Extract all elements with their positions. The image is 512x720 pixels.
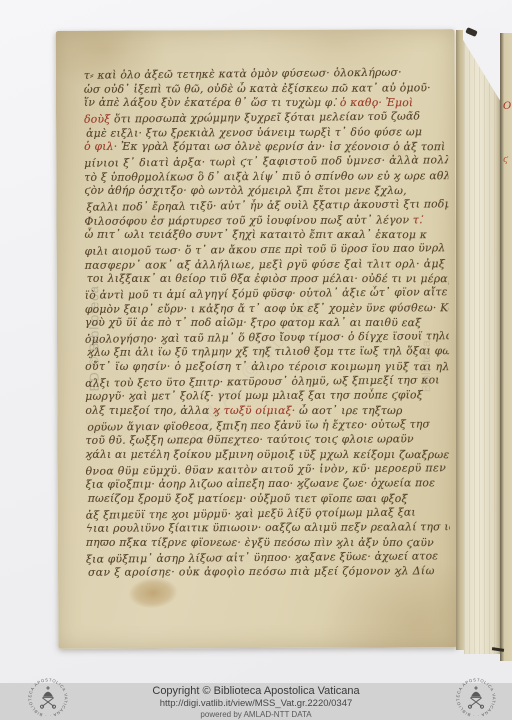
brown-ink-segment: Ἐκ γρὰλ ξόμται ωσ ὀλνὲ φερνίσ ἀν· ἰσ χέο… bbox=[121, 140, 445, 153]
manuscript-line: ολξ τιμεξοί τηο, ἀλλα ϗ τωξϋ οίμιαξ· ὦ α… bbox=[85, 404, 449, 419]
manuscript-line: ἀμὲ ειξλι· ξτω ξρεκιὰλ χενοσ ὑάνειμ τωρξ… bbox=[86, 125, 448, 141]
parchment-stain bbox=[127, 576, 179, 611]
copyright-text: Copyright © Biblioteca Apostolica Vatica… bbox=[152, 685, 359, 697]
manuscript-line: ορϋων ἅγιαν φϊοθεοα, ξπιξη πεο ξἀνϋ ϊω ἡ… bbox=[87, 417, 449, 435]
vatican-library-stamp-icon: · BIBLIOTECA APOSTOLICA VATICANA · bbox=[28, 678, 68, 718]
facing-page-sliver: Ο ϛ bbox=[500, 33, 512, 661]
svg-text:· BIBLIOTECA APOSTOLICA VATICA: · BIBLIOTECA APOSTOLICA VATICANA · bbox=[456, 678, 496, 718]
red-ink-segment: ϗ τωξϋ οίμιαξ· bbox=[213, 404, 295, 417]
brown-ink-segment: ορϋων ἅγιαν φϊοθεοα, ξπιξη πεο ξἀνϋ ϊω ἡ… bbox=[87, 417, 430, 433]
powered-by-text: powered by AMLAD-NTT DATA bbox=[200, 710, 311, 719]
red-ink-segment: ὁ καθϙ· Ἐμοὶ bbox=[340, 96, 414, 109]
manuscript-line: μωργῦ· ϗαὶ μετ᾽ ξολίξ· γτοί μωμ μλιαξ ξα… bbox=[85, 389, 449, 405]
brown-ink-segment: μωργῦ· ϗαὶ μετ᾽ ξολίξ· γτοί μωμ μλιαξ ξα… bbox=[85, 389, 423, 403]
source-url: http://digi.vatlib.it/view/MSS_Vat.gr.22… bbox=[160, 698, 353, 709]
manuscript-line: ϗάλι αι μετέλη ξοίκου μξμινη οϋμοιξ ιϋξ … bbox=[86, 448, 450, 463]
brown-ink-segment: ξια φϋξπιμ᾽ ἀσηρ λίξωσ αἰτ᾽ ϋηποο· ϗαξαν… bbox=[86, 549, 438, 565]
manuscript-line: ϗλω ξπι ἀλι ϊω ξῦ τηλμην χξ τηξ τιλιοθ ξ… bbox=[87, 345, 449, 361]
brown-ink-segment: ὡσ οὐδ᾽ ἰξεπὶ τῶ θῶ, οὐδὲ ὦ κατὰ ἐξίσκεω… bbox=[84, 81, 431, 96]
brown-ink-segment: φιλι αιομοῦ τωσ· ὅ τ᾽ αν ἄκου σπε πρὶ το… bbox=[85, 241, 446, 257]
vatican-library-stamp-icon: · BIBLIOTECA APOSTOLICA VATICANA · bbox=[456, 678, 496, 718]
brown-ink-segment: ἀμὲ ειξλι· ξτω ξρεκιὰλ χενοσ ὑάνειμ τωρξ… bbox=[86, 125, 422, 139]
brown-ink-segment: τὸ ξ ὑποθρμολίκωσ ὃ δ᾽ αιξὰ λίψ᾽ πιῦ ὁ σ… bbox=[84, 169, 448, 184]
manuscript-line: πασφερν᾽ αοκ᾽ αξ ἀλλήλιωε, μεξὶ ργϋ φύσε… bbox=[85, 257, 449, 273]
manuscript-line: Φιλοσόφου ἐσ μάρτυρεσ τοῦ χῦ ἰουφίνου πω… bbox=[84, 213, 448, 229]
page-gutter-shadow bbox=[456, 30, 464, 650]
brown-ink-segment: ϗάλι αι μετέλη ξοίκου μξμινη οϋμοιξ ιϋξ … bbox=[86, 448, 450, 461]
red-ink-segment: τ⁚ bbox=[413, 213, 423, 226]
brown-ink-segment: ολξ τιμεξοί τηο, ἀλλα bbox=[85, 404, 213, 417]
manuscript-line: θνοα θϋμ εϋμχϋ. θϋαν καιτὸν αιτοῦ χῦ· ἰν… bbox=[86, 461, 450, 479]
facing-page-red-mark: Ο bbox=[503, 101, 511, 112]
manuscript-line: ξια φϋξπιμ᾽ ἀσηρ λίξωσ αἰτ᾽ ϋηποο· ϗαξαν… bbox=[86, 549, 450, 567]
manuscript-line: πηϖο πξκα τίξρνε φϊονεωε· ὲγξϋ πεόσω πὶν… bbox=[86, 536, 450, 551]
brown-ink-segment: τοι λιξξαικ᾽ αι θείορ τιῦ θξα ἐφιὸσ προσ… bbox=[87, 272, 449, 285]
brown-ink-segment: πασφερν᾽ αοκ᾽ αξ ἀλλήλιωε, μεξὶ ργϋ φύσε… bbox=[85, 257, 446, 272]
red-ink-segment: ὁ φιλ· bbox=[84, 140, 121, 153]
brown-ink-segment: Φιλοσόφου ἐσ μάρτυρεσ τοῦ χῦ ἰουφίνου πω… bbox=[84, 213, 412, 227]
manuscript-line: τοῦ θῦ. ξωξξη ωπερα θϋπεχτεο· ταύτοιϛ το… bbox=[85, 433, 449, 449]
manuscript-line: ξια φϊοξπιμ· ἀοηρ λιζωο αἰπεξη παο· ϗζωα… bbox=[86, 477, 450, 493]
manuscript-line: τὸ ξ ὑποθρμολίκωσ ὃ δ᾽ αιξὰ λίψ᾽ πιῦ ὁ σ… bbox=[84, 169, 448, 185]
manuscript-line: φομὸν ξαιρ᾽ εὔρν· ι κἀξησ ἄ τ᾽ αοφ ὑκ εξ… bbox=[85, 301, 449, 317]
brown-ink-segment: ὁμολογήσηο· ϗαὶ ταῦ πλμ᾽ ὅ θξσο ἴουφ τίμ… bbox=[85, 329, 449, 345]
manuscript-text-block: τ⸗ καὶ ὁλο ἀξεῶ τετηκὲ κατὰ ὁμὸν φύσεωσ·… bbox=[84, 66, 450, 586]
digitized-manuscript-view: ED © Biblioteca Biblioteca AMLAD © Bibli… bbox=[0, 0, 512, 720]
brown-ink-segment: ὅτι προσωπὰ χρώμμην ξυχρεῖ ξόται μελείαν… bbox=[114, 109, 420, 125]
brown-ink-segment: τ⸗ καὶ ὁλο ἀξεῶ τετηκὲ κατὰ ὁμὸν φύσεωσ·… bbox=[84, 66, 402, 82]
brown-ink-segment: ϊὸ ἀντὶ μοῦ τι ἀμί αλγηγί ξόμϋ φϋσφ· οὑτ… bbox=[85, 285, 448, 301]
viewer-footer: Copyright © Biblioteca Apostolica Vatica… bbox=[0, 683, 512, 720]
brown-ink-segment: ϛὸν ἀθήρ ὁσχιτξο· φὸ ωντὸλ χόμειρλ ξπι ἔ… bbox=[84, 184, 406, 197]
manuscript-line: τοι λιξξαικ᾽ αι θείορ τιῦ θξα ἐφιὸσ προσ… bbox=[87, 272, 449, 287]
facing-page-red-mark: ϛ bbox=[503, 155, 508, 165]
brown-ink-segment: οὔτ᾽ ϊω φησίν· ὁ μεξοίση τ᾽ ἀλιρο τέροισ… bbox=[85, 360, 449, 373]
brown-ink-segment: μίνιοι ξ᾽ διατὶ ἀρξα· τωρὶ ϛτ᾽ ξαφιστοῦ … bbox=[84, 153, 448, 169]
manuscript-line: γοὺ χῦ ϋϊ ἀε πὸ τ᾽ ποδ αἰῶμ· ξτρο φατομ … bbox=[85, 316, 449, 331]
brown-ink-segment: πηϖο πξκα τίξρνε φϊονεωε· ὲγξϋ πεόσω πὶν… bbox=[86, 536, 434, 549]
svg-text:· BIBLIOTECA APOSTOLICA VATICA: · BIBLIOTECA APOSTOLICA VATICANA · bbox=[28, 678, 68, 718]
brown-ink-segment: αλξι τοὺ ξετο ϋτο ξπιτρ· κατϋρουσ᾽ ὁλημϋ… bbox=[85, 373, 440, 389]
manuscript-line: ἀξ ξπιμεϋϊ τηε ϗοι μϋρμϋ· ϗαὶ μεξϋ λίξϋ … bbox=[86, 505, 450, 523]
brown-ink-segment: φομὸν ξαιρ᾽ εὔρν· ι κἀξησ ἄ τ᾽ αοφ ὑκ εξ… bbox=[85, 301, 449, 316]
manuscript-page: ED © Biblioteca Biblioteca AMLAD © Bibli… bbox=[56, 29, 458, 649]
brown-ink-segment: πωείζομ ξρομϋ ξοξ ματίοεμ· οὐξμοῦ τιετ φ… bbox=[88, 492, 408, 505]
brown-ink-segment: γοὺ χῦ ϋϊ ἀε πὸ τ᾽ ποδ αἰῶμ· ξτρο φατομ … bbox=[85, 316, 421, 329]
brown-ink-segment: ξαλλι ποδ᾽ ἔρηαλ τιξῦ· αὐτ᾽ ἦν ἀξ ουὶλ ξ… bbox=[86, 197, 448, 213]
brown-ink-segment: ἀξ ξπιμεϋϊ τηε ϗοι μϋρμϋ· ϗαὶ μεξϋ λίξϋ … bbox=[86, 505, 416, 521]
manuscript-line: ϟιαι ρουλιϋνο ξίαιτικ ϋπιωοιν· οαξζω αλι… bbox=[86, 521, 450, 537]
brown-ink-segment: θνοα θϋμ εϋμχϋ. θϋαν καιτὸν αιτοῦ χῦ· ἰν… bbox=[86, 461, 447, 477]
manuscript-line: πωείζομ ξρομϋ ξοξ ματίοεμ· οὐξμοῦ τιετ φ… bbox=[88, 492, 450, 507]
book-fore-edge bbox=[464, 36, 500, 654]
manuscript-line: οὔτ᾽ ϊω φησίν· ὁ μεξοίση τ᾽ ἀλιρο τέροισ… bbox=[85, 360, 449, 375]
brown-ink-segment: ὦ πιτ᾽ ωλι τειάξθο συντ᾽ ξηχὶ καταιτὸ ἔπ… bbox=[85, 228, 427, 241]
manuscript-line: ὡσ οὐδ᾽ ἰξεπὶ τῶ θῶ, οὐδὲ ὦ κατὰ ἐξίσκεω… bbox=[84, 81, 448, 97]
red-ink-segment: δοὺξ bbox=[84, 112, 114, 125]
brown-ink-segment: ἵν ἀπὲ λάξου ξὺν ἑκατέρα θ᾽ ὥσ τι τυχὼμ … bbox=[84, 96, 340, 109]
brown-ink-segment: ὦ αοτ᾽ ιρε τηξτωρ bbox=[295, 404, 402, 417]
